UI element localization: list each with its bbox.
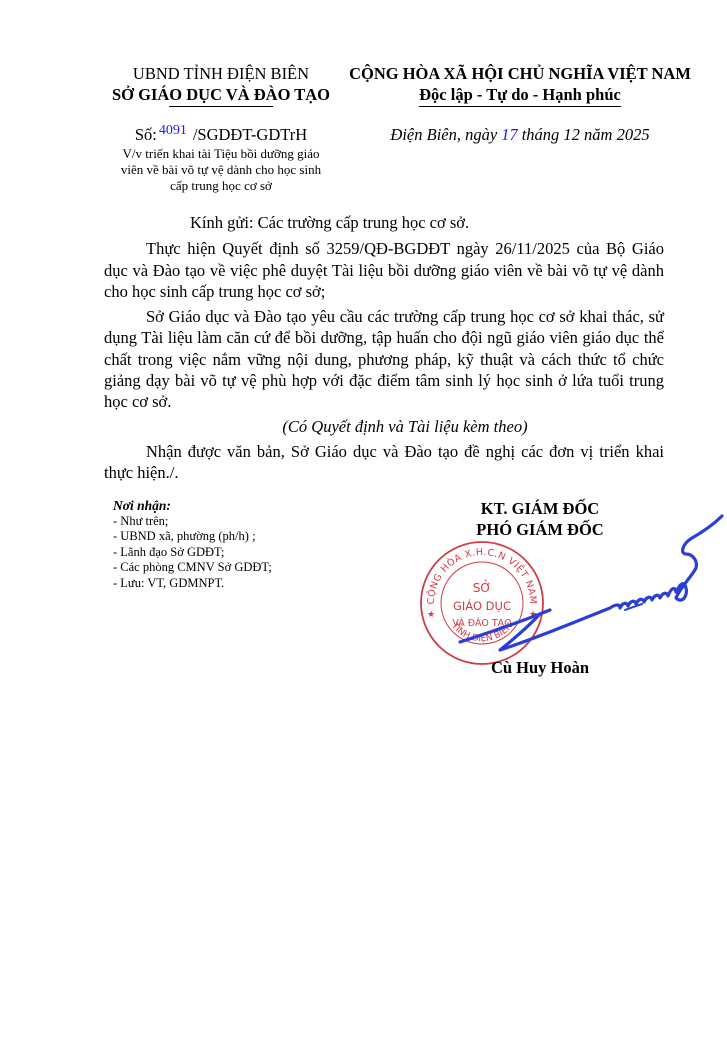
handwritten-signature-icon [430, 492, 727, 672]
recipients-title: Nơi nhận: [113, 498, 343, 514]
document-reference: Số:4091/SGDĐT-GDTrH V/v triển khai tài T… [96, 120, 346, 194]
recipients-list: Nơi nhận: - Như trên; - UBND xã, phường … [113, 498, 343, 591]
recipient-item: - Lãnh đạo Sở GDĐT; [113, 545, 343, 561]
document-number-line: Số:4091/SGDĐT-GDTrH [96, 120, 346, 146]
recipient-item: - Lưu: VT, GDMNPT. [113, 576, 343, 592]
date-day: 17 [501, 125, 518, 144]
subject-line: cấp trung học cơ sở [96, 178, 346, 194]
closing-paragraph: Nhận được văn bản, Sở Giáo dục và Đào tạ… [104, 441, 664, 484]
recipient-item: - Như trên; [113, 514, 343, 530]
date-month-year: tháng 12 năm 2025 [522, 125, 650, 144]
document-body: Kính gửi: Các trường cấp trung học cơ sở… [104, 212, 664, 484]
attachment-note: (Có Quyết định và Tài liệu kèm theo) [104, 416, 664, 437]
signer-name: Cù Huy Hoàn [440, 657, 640, 678]
department-name: SỞ GIÁO DỤC VÀ ĐÀO TẠO [96, 84, 346, 105]
document-date: Điện Biên, ngày17tháng 12 năm 2025 [340, 124, 700, 146]
national-motto: Độc lập - Tự do - Hạnh phúc [419, 84, 621, 107]
issuing-authority-header: UBND TỈNH ĐIỆN BIÊN SỞ GIÁO DỤC VÀ ĐÀO T… [96, 63, 346, 107]
subject-line: V/v triển khai tài Tiệu bồi dưỡng giáo [96, 146, 346, 162]
national-title: CỘNG HÒA XÃ HỘI CHỦ NGHĨA VIỆT NAM [340, 63, 700, 84]
recipient-item: - Các phòng CMNV Sở GDĐT; [113, 560, 343, 576]
national-header: CỘNG HÒA XÃ HỘI CHỦ NGHĨA VIỆT NAM Độc l… [340, 63, 700, 107]
subject-line: viên về bài võ tự vệ dành cho học sinh [96, 162, 346, 178]
date-place: Điện Biên, ngày [390, 125, 497, 144]
document-code: /SGDĐT-GDTrH [193, 125, 307, 144]
salutation: Kính gửi: Các trường cấp trung học cơ sở… [190, 212, 664, 233]
document-number: 4091 [159, 123, 187, 138]
department-underline [169, 106, 273, 107]
body-paragraph: Thực hiện Quyết định số 3259/QĐ-BGDĐT ng… [104, 238, 664, 302]
document-subject: V/v triển khai tài Tiệu bồi dưỡng giáo v… [96, 146, 346, 194]
authority-name: UBND TỈNH ĐIỆN BIÊN [96, 63, 346, 84]
body-paragraph: Sở Giáo dục và Đào tạo yêu cầu các trườn… [104, 306, 664, 412]
recipient-item: - UBND xã, phường (ph/h) ; [113, 529, 343, 545]
number-prefix: Số: [135, 125, 157, 144]
